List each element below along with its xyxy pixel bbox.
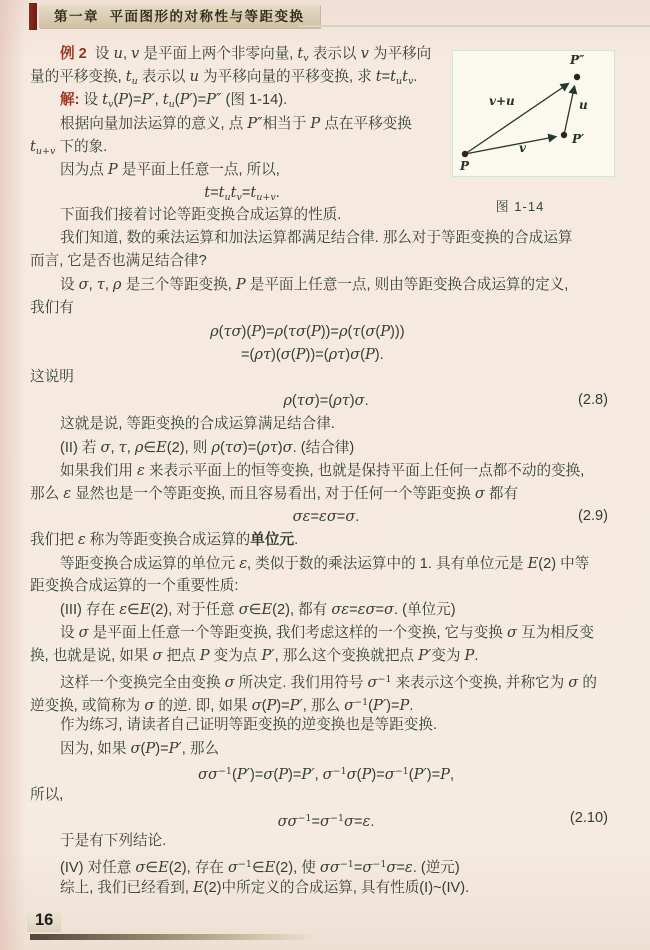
point-p-prime-dot xyxy=(561,132,567,138)
text-segment: = xyxy=(349,602,358,618)
text-segment: 相当于 xyxy=(263,116,311,132)
text-segment: σ xyxy=(344,813,354,830)
vector-v-label: v xyxy=(519,141,527,155)
text-segment: u xyxy=(114,45,123,62)
text-segment: P″ xyxy=(247,115,262,132)
text-line: 解: 设 tv(P)=P′, tu(P′)=P″ (图 1-14). xyxy=(30,88,454,111)
text-segment: 我们有 xyxy=(30,300,74,316)
text-segment: ρτ xyxy=(333,392,350,409)
text-segment: = xyxy=(310,509,319,525)
text-segment: 设 xyxy=(60,277,79,293)
text-segment: 这样一个变换完全由变换 xyxy=(60,675,225,691)
text-segment: P xyxy=(465,647,475,664)
text-segment: , xyxy=(105,277,113,293)
text-segment: )= xyxy=(371,767,384,783)
text-segment: . (逆元) xyxy=(413,860,460,876)
text-segment: )= xyxy=(276,698,289,714)
vector-v-plus-u-label: v+u xyxy=(489,94,515,108)
text-segment: σ xyxy=(355,392,365,409)
text-segment: 等距变换合成运算的单位元 xyxy=(60,556,239,572)
text-segment: σ xyxy=(386,859,396,876)
text-segment: ε xyxy=(63,485,71,502)
text-segment: )= xyxy=(128,92,141,108)
point-p-label: P xyxy=(459,159,470,173)
text-segment: ∈ xyxy=(127,602,140,618)
text-segment: −1 xyxy=(354,697,368,708)
text-line: σσ−1(P′)=σ(P)=P′, σ−1σ(P)=σ−1(P′)=P, xyxy=(30,760,622,783)
text-line: 设 σ 是平面上任意一个等距变换, 我们考虑这样的一个变换, 它与变换 σ 互为… xyxy=(30,621,622,644)
vector-v-plus-u-arrow xyxy=(465,84,569,155)
text-segment: −1 xyxy=(395,766,409,777)
text-segment: )= xyxy=(427,767,440,783)
text-segment: 根据向量加法运算的意义, 点 xyxy=(60,116,247,132)
text-segment: σ xyxy=(475,485,485,502)
text-segment: 我们知道, 数的乘法运算和加法运算都满足结合律. 那么对于等距变换的合成运算 xyxy=(60,230,572,246)
vector-u-label: u xyxy=(579,98,588,112)
text-segment: −1 xyxy=(378,674,392,685)
text-line: 距变换合成运算的一个重要性质: xyxy=(30,575,622,598)
text-segment: ρ xyxy=(113,276,122,293)
text-segment: ∈ xyxy=(145,860,158,876)
text-segment: )( xyxy=(271,347,281,363)
text-segment: σ xyxy=(79,624,89,641)
text-segment: 于是有下列结论. xyxy=(60,833,166,849)
text-segment: P xyxy=(296,346,306,363)
text-line: 等距变换合成运算的单位元 ε, 类似于数的乘法运算中的 1. 具有单位元是 E(… xyxy=(30,552,622,575)
text-segment: = xyxy=(382,69,391,85)
text-segment: , 类似于数的乘法运算中的 1. 具有单位元是 xyxy=(247,556,528,572)
text-segment: =( xyxy=(241,347,254,363)
text-segment: (2) 中等 xyxy=(538,556,589,572)
text-segment: ∈ xyxy=(249,602,262,618)
text-segment: . (结合律) xyxy=(293,440,355,456)
text-segment: 是平面上两个非零向量, xyxy=(139,46,297,62)
text-segment: −1 xyxy=(330,813,344,824)
text-segment: 变为 xyxy=(431,648,464,664)
example-2-block: 例 2 设 u, v 是平面上两个非零向量, tv 表示以 v 为平移向量的平移… xyxy=(30,42,454,228)
text-segment: 综上, 我们已经看到, xyxy=(60,880,193,896)
equation-line: σε=εσ=σ.(2.9) xyxy=(30,505,622,528)
body-text-block: 我们知道, 数的乘法运算和加法运算都满足结合律. 那么对于等距变换的合成运算而言… xyxy=(30,227,622,899)
text-segment: v xyxy=(361,45,369,62)
text-segment: ρ xyxy=(211,439,220,456)
text-segment: P xyxy=(440,766,450,783)
text-segment: σ xyxy=(384,601,394,618)
text-segment: 的逆. 即, 如果 xyxy=(154,698,251,714)
text-segment: ε xyxy=(405,859,413,876)
text-segment: ρτ xyxy=(254,346,271,363)
text-segment: P xyxy=(236,276,246,293)
text-line: t=tutv=tu+v. xyxy=(30,181,454,204)
text-segment: . xyxy=(370,814,374,830)
text-segment: ∈ xyxy=(252,860,265,876)
text-segment: σσ xyxy=(198,766,218,783)
text-segment: P′ xyxy=(142,91,155,108)
text-segment: (2), 对于任意 xyxy=(150,602,238,618)
text-segment: 作为练习, 请读者自己证明等距变换的逆变换也是等距变换. xyxy=(60,717,437,733)
text-segment: P xyxy=(380,323,390,340)
text-segment: τσ xyxy=(288,323,306,340)
text-segment: E xyxy=(528,555,539,572)
text-segment: P xyxy=(145,740,155,757)
text-segment: )=( xyxy=(315,393,333,409)
text-segment: . xyxy=(355,509,359,525)
text-segment: , 那么 xyxy=(303,698,344,714)
point-p-double-prime-dot xyxy=(574,74,580,80)
text-segment: −1 xyxy=(333,766,347,777)
text-line: 所以, xyxy=(30,784,622,807)
point-p-dot xyxy=(462,151,468,157)
text-line: 如果我们用 ε 来表示平面上的恒等变换, 也就是保持平面上任何一点都不动的变换, xyxy=(30,459,622,482)
text-segment: σ xyxy=(323,766,333,783)
text-segment: ρτ xyxy=(329,346,346,363)
text-segment: , 那么这个变换就把点 xyxy=(275,648,419,664)
text-line: 根据向量加法运算的意义, 点 P″相当于 P 点在平移变换 xyxy=(30,112,454,135)
text-segment: ε xyxy=(137,462,145,479)
text-segment: 逆变换, 或简称为 xyxy=(30,698,144,714)
text-segment: ρτ xyxy=(261,439,278,456)
chapter-header-spacer xyxy=(99,9,110,24)
point-p-double-prime-label: P″ xyxy=(569,53,585,67)
text-segment: σ xyxy=(347,766,357,783)
text-segment: P xyxy=(365,346,375,363)
text-segment: 单位元 xyxy=(250,532,294,548)
equation-number: (2.9) xyxy=(578,505,608,528)
text-segment: σ xyxy=(568,674,578,691)
text-segment: = xyxy=(354,814,363,830)
text-segment: σ xyxy=(131,740,141,757)
text-line: 而言, 它是否也满足结合律? xyxy=(30,250,622,273)
text-segment: = xyxy=(312,814,321,830)
text-segment: 所以, xyxy=(30,787,63,803)
text-segment: σ xyxy=(281,346,291,363)
chapter-title: 平面图形的对称性与等距变换 xyxy=(110,9,305,24)
text-segment: 设 xyxy=(79,92,102,108)
text-segment: −1 xyxy=(218,766,232,777)
text-segment: P″ xyxy=(206,91,221,108)
point-p-prime-label: P′ xyxy=(571,132,585,146)
text-segment: ∈ xyxy=(143,440,156,456)
text-segment: )= xyxy=(155,741,168,757)
text-segment: 换, 也就是说, 如果 xyxy=(30,648,152,664)
equation-line: σσ−1=σ−1σ=ε.(2.10) xyxy=(30,807,622,830)
equation-number: (2.8) xyxy=(578,389,608,412)
page-number: 16 xyxy=(27,909,61,932)
text-segment: 来表示平面上的恒等变换, 也就是保持平面上任何一点都不动的变换, xyxy=(145,463,584,479)
text-segment: )= xyxy=(261,324,274,340)
chapter-header: 第一章 平面图形的对称性与等距变换 xyxy=(39,5,320,28)
text-line: =(ρτ)(σ(P))=(ρτ)σ(P). xyxy=(30,343,622,366)
text-segment: −1 xyxy=(238,859,252,870)
text-line: 逆变换, 或简称为 σ 的逆. 即, 如果 σ(P)=P′, 那么 σ−1(P′… xyxy=(30,691,622,714)
text-segment: τσ xyxy=(297,392,315,409)
text-segment: σε xyxy=(331,601,349,618)
text-segment: (IV) 对任意 xyxy=(60,860,135,876)
text-segment: , xyxy=(127,440,135,456)
text-segment: σ xyxy=(135,859,145,876)
text-segment: = xyxy=(396,860,405,876)
text-line: 例 2 设 u, v 是平面上两个非零向量, tv 表示以 v 为平移向 xyxy=(30,42,454,65)
text-line: (III) 存在 ε∈E(2), 对于任意 σ∈E(2), 都有 σε=εσ=σ… xyxy=(30,598,622,621)
text-segment: 如果我们用 xyxy=(60,463,137,479)
text-segment: (2), 存在 xyxy=(169,860,228,876)
text-segment: P xyxy=(362,766,372,783)
highlight-text: 例 2 xyxy=(60,46,87,62)
text-segment: ). xyxy=(375,347,384,363)
text-segment: P xyxy=(251,323,261,340)
text-line: 因为点 P 是平面上任意一点, 所以, xyxy=(30,158,454,181)
text-segment: 为平移向 xyxy=(369,46,431,62)
text-segment: 这就是说, 等距变换的合成运算满足结合律. xyxy=(60,416,335,432)
text-line: 作为练习, 请读者自己证明等距变换的逆变换也是等距变换. xyxy=(30,714,622,737)
text-segment: P′ xyxy=(180,91,193,108)
text-segment: 是平面上任意一点, 则由等距变换合成运算的定义, xyxy=(246,277,569,293)
text-segment: σ xyxy=(144,697,154,714)
text-segment: . xyxy=(413,69,417,85)
text-segment: 所决定. 我们用符号 xyxy=(235,675,368,691)
text-segment: u xyxy=(190,68,199,85)
text-segment: σ xyxy=(225,674,235,691)
text-segment: P′ xyxy=(290,697,303,714)
text-segment: (2), 使 xyxy=(275,860,320,876)
text-segment: )= xyxy=(386,698,399,714)
text-segment: P xyxy=(118,91,128,108)
text-segment: 我们把 xyxy=(30,532,78,548)
text-segment: 把点 xyxy=(162,648,199,664)
text-line: 我们知道, 数的乘法运算和加法运算都满足结合律. 那么对于等距变换的合成运算 xyxy=(30,227,622,250)
text-segment: , xyxy=(155,92,163,108)
text-segment: , xyxy=(111,440,119,456)
text-segment: (2)中所定义的合成运算, 具有性质(I)~(IV). xyxy=(204,880,470,896)
text-segment: )= xyxy=(288,767,301,783)
text-line: 设 σ, τ, ρ 是三个等距变换, P 是平面上任意一点, 则由等距变换合成运… xyxy=(30,273,622,296)
text-segment: 表示以 xyxy=(309,46,361,62)
text-segment: 互为相反变 xyxy=(517,625,594,641)
text-segment: ))) xyxy=(390,324,405,340)
text-line: 我们有 xyxy=(30,297,622,320)
text-segment: 的 xyxy=(578,675,597,691)
text-segment: u+v xyxy=(36,146,55,157)
text-segment: σε xyxy=(293,508,311,525)
text-segment: . xyxy=(474,648,478,664)
text-segment: 设 xyxy=(60,625,79,641)
text-line: 这样一个变换完全由变换 σ 所决定. 我们用符号 σ−1 来表示这个变换, 并称… xyxy=(30,668,622,691)
text-segment: ρ xyxy=(210,323,219,340)
text-segment: P xyxy=(278,766,288,783)
text-line: 那么 ε 显然也是一个等距变换, 而且容易看出, 对于任何一个等距变换 σ 都有 xyxy=(30,482,622,505)
text-segment: P′ xyxy=(261,647,274,664)
text-segment: 这说明 xyxy=(30,369,74,385)
text-segment: )= xyxy=(250,767,263,783)
text-segment: ε xyxy=(119,601,127,618)
text-segment: 距变换合成运算的一个重要性质: xyxy=(30,578,238,594)
text-segment: σσ xyxy=(320,859,340,876)
text-segment: 量的平移变换, xyxy=(30,69,126,85)
text-segment: 为平移向量的平移变换, 求 xyxy=(199,69,376,85)
text-segment: 那么 xyxy=(30,486,63,502)
text-segment: (2), 则 xyxy=(167,440,212,456)
text-line: (II) 若 σ, τ, ρ∈E(2), 则 ρ(τσ)=(ρτ)σ. (结合律… xyxy=(30,436,622,459)
text-segment: . xyxy=(365,393,369,409)
text-line: 换, 也就是说, 如果 σ 把点 P 变为点 P′, 那么这个变换就把点 P′变… xyxy=(30,644,622,667)
equation-line: ρ(τσ)=(ρτ)σ.(2.8) xyxy=(30,389,622,412)
text-segment: )( xyxy=(242,324,252,340)
text-segment: 来表示这个变换, 并称它为 xyxy=(392,675,569,691)
text-segment: 因为点 xyxy=(60,162,108,178)
text-segment: P xyxy=(400,697,410,714)
text-segment: E xyxy=(261,601,272,618)
text-segment: . xyxy=(294,532,298,548)
text-segment: P′ xyxy=(414,766,427,783)
text-segment: τσ xyxy=(223,323,241,340)
text-segment: 下的象. xyxy=(55,139,107,155)
text-segment: , xyxy=(450,767,454,783)
text-segment: P′ xyxy=(237,766,250,783)
text-segment: σ xyxy=(283,439,293,456)
text-segment: 设 xyxy=(87,46,114,62)
text-segment: 显然也是一个等距变换, 而且容易看出, 对于任何一个等距变换 xyxy=(71,486,475,502)
text-line: 下面我们接着讨论等距变换合成运算的性质. xyxy=(30,204,454,227)
text-segment: P′ xyxy=(169,740,182,757)
text-segment: . xyxy=(409,698,413,714)
text-segment: 称为等距变换合成运算的 xyxy=(86,532,251,548)
text-segment: E xyxy=(158,859,169,876)
text-segment: P′ xyxy=(418,647,431,664)
text-segment: 是平面上任意一点, 所以, xyxy=(118,162,280,178)
footer-strip xyxy=(30,934,315,940)
text-segment: σ xyxy=(263,766,273,783)
text-segment: 因为, 如果 xyxy=(60,741,131,757)
text-segment: E xyxy=(140,601,151,618)
header-rule xyxy=(298,25,650,27)
text-segment: P xyxy=(108,161,118,178)
text-segment: σ xyxy=(320,813,330,830)
text-segment: P xyxy=(311,323,321,340)
text-line: 这说明 xyxy=(30,366,622,389)
vector-diagram: P P′ P″ v u v+u xyxy=(453,51,614,176)
text-line: 这就是说, 等距变换的合成运算满足结合律. xyxy=(30,413,622,436)
text-segment: 点在平移变换 xyxy=(320,116,412,132)
text-segment: = xyxy=(210,185,219,201)
text-segment: σ xyxy=(152,647,162,664)
figure-1-14: P P′ P″ v u v+u xyxy=(452,50,615,177)
text-segment: σ xyxy=(79,276,89,293)
vector-u-arrow xyxy=(564,86,575,135)
chapter-label: 第一章 xyxy=(54,9,99,24)
text-segment: E xyxy=(265,859,276,876)
text-segment: ρ xyxy=(274,323,283,340)
text-segment: (图 1-14). xyxy=(221,92,287,108)
text-segment: E xyxy=(193,879,204,896)
text-segment: 下面我们接着讨论等距变换合成运算的性质. xyxy=(60,207,341,223)
text-segment: εσ xyxy=(358,601,376,618)
text-segment: ))=( xyxy=(305,347,328,363)
text-segment: , 那么 xyxy=(182,741,219,757)
text-segment: σ xyxy=(385,766,395,783)
text-segment: P xyxy=(266,697,276,714)
text-segment: τ xyxy=(97,276,105,293)
text-segment: , xyxy=(123,46,131,62)
text-segment: P xyxy=(310,115,320,132)
text-segment: . xyxy=(276,185,280,201)
equation-number: (2.10) xyxy=(570,807,608,830)
text-segment: σσ xyxy=(278,813,298,830)
text-segment: ρ xyxy=(339,323,348,340)
text-line: ρ(τσ)(P)=ρ(τσ(P))=ρ(τ(σ(P))) xyxy=(30,320,622,343)
chapter-header-bar xyxy=(29,3,37,30)
text-segment: u+v xyxy=(256,192,275,203)
text-segment: ε xyxy=(78,531,86,548)
text-segment: σ xyxy=(345,508,355,525)
text-line: 因为, 如果 σ(P)=P′, 那么 xyxy=(30,737,622,760)
text-segment: −1 xyxy=(372,859,386,870)
text-segment: (II) 若 xyxy=(60,440,101,456)
text-segment: σ xyxy=(368,674,378,691)
text-segment: )= xyxy=(193,92,206,108)
text-segment: = xyxy=(375,602,384,618)
text-segment: , xyxy=(89,277,97,293)
text-segment: εσ xyxy=(319,508,337,525)
text-segment: 是三个等距变换, xyxy=(122,277,236,293)
text-segment: −1 xyxy=(340,859,354,870)
highlight-text: 解: xyxy=(60,92,79,108)
text-segment: P′ xyxy=(373,697,386,714)
text-segment: (III) 存在 xyxy=(60,602,119,618)
text-segment: τ xyxy=(119,439,127,456)
text-segment: τσ xyxy=(225,439,243,456)
text-segment: (2), 都有 xyxy=(272,602,331,618)
text-segment: ε xyxy=(239,555,247,572)
text-segment: 是平面上任意一个等距变换, 我们考虑这样的一个变换, 它与变换 xyxy=(89,625,507,641)
text-line: (IV) 对任意 σ∈E(2), 存在 σ−1∈E(2), 使 σσ−1=σ−1… xyxy=(30,853,622,876)
text-segment: σ xyxy=(239,601,249,618)
text-line: tu+v 下的象. xyxy=(30,135,454,158)
text-segment: ρ xyxy=(283,392,292,409)
text-segment: σ xyxy=(101,439,111,456)
text-segment: , xyxy=(315,767,323,783)
text-segment: E xyxy=(156,439,167,456)
text-segment: σ xyxy=(350,346,360,363)
text-segment: σ xyxy=(344,697,354,714)
text-segment: 表示以 xyxy=(138,69,190,85)
text-line: 综上, 我们已经看到, E(2)中所定义的合成运算, 具有性质(I)~(IV). xyxy=(30,876,622,899)
text-segment: P′ xyxy=(301,766,314,783)
text-segment: . (单位元) xyxy=(394,602,456,618)
text-segment: σ xyxy=(507,624,517,641)
textbook-page: 第一章 平面图形的对称性与等距变换 例 2 设 u, v 是平面上两个非零向量,… xyxy=(0,0,650,950)
text-segment: P xyxy=(200,647,210,664)
text-segment: σ xyxy=(365,323,375,340)
text-segment: )=( xyxy=(243,440,261,456)
text-line: 我们把 ε 称为等距变换合成运算的单位元. xyxy=(30,528,622,551)
text-segment: −1 xyxy=(298,813,312,824)
text-line: 于是有下列结论. xyxy=(30,830,622,853)
text-segment: σ xyxy=(252,697,262,714)
figure-caption: 图 1-14 xyxy=(430,196,610,215)
text-segment: 变为点 xyxy=(210,648,262,664)
text-segment: 都有 xyxy=(485,486,518,502)
text-segment: ))= xyxy=(321,324,339,340)
text-segment: σ xyxy=(362,859,372,876)
text-segment: σ xyxy=(228,859,238,876)
text-segment: 而言, 它是否也满足结合律? xyxy=(30,253,207,269)
text-line: 量的平移变换, tu 表示以 u 为平移向量的平移变换, 求 t=tutv. xyxy=(30,65,454,88)
